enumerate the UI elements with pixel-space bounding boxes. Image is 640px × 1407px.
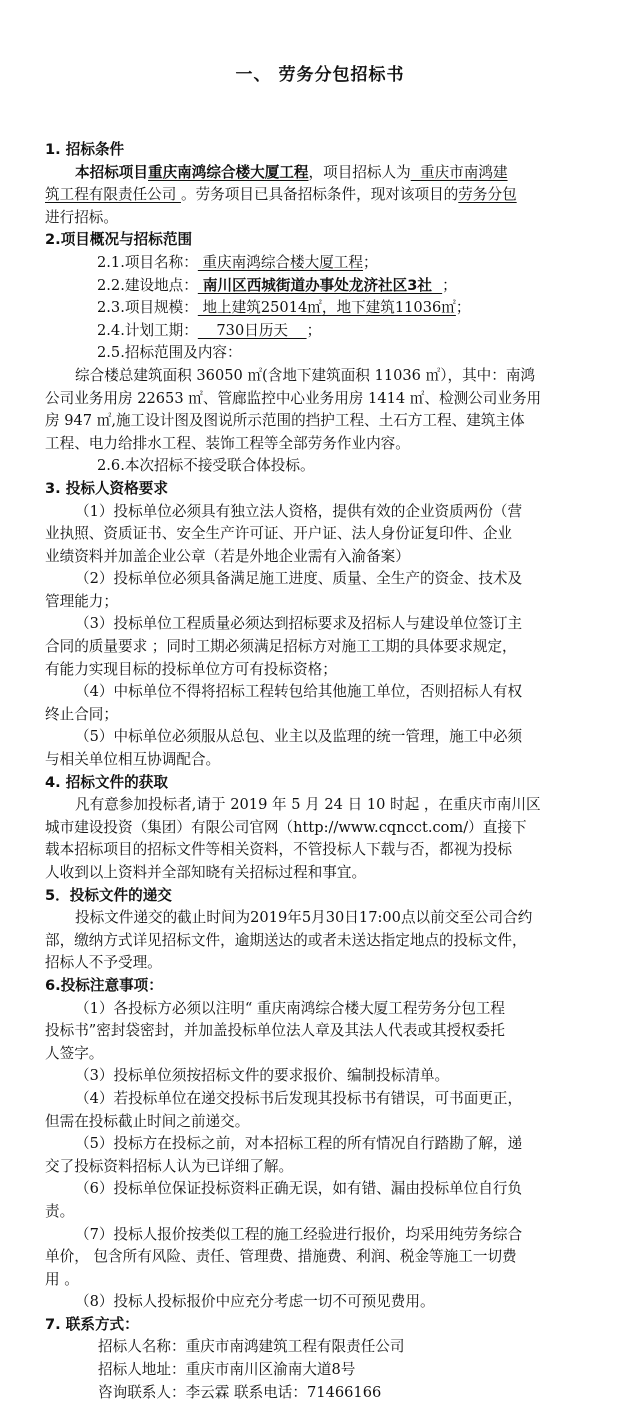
section-6-heading: 6.投标注意事项： (45, 975, 605, 998)
section-5-heading: 5．投标文件的递交 (45, 885, 605, 908)
section-6-line: （3）投标单位须按招标文件的要求报价、编制投标清单。 (45, 1065, 605, 1088)
section-3-line: 业绩资料并加盖企业公章（若是外地企业需有入渝备案） (45, 546, 605, 569)
item-2-3-label: 2.3.项目规模： (97, 299, 198, 316)
section-4-heading: 4. 招标文件的获取 (45, 772, 605, 795)
section-2-heading: 2.项目概况与招标范围 (45, 229, 605, 252)
section-6-line: （8）投标人投标报价中应充分考虑一切不可预见费用。 (45, 1291, 605, 1314)
contact-name: 招标人名称：重庆市南鸿建筑工程有限责任公司 (45, 1336, 605, 1359)
document-body: 1. 招标条件 本招标项目重庆南鸿综合楼大厦工程，项目招标人为 重庆市南鸿建 筑… (45, 139, 605, 1404)
item-2-1-value: 重庆南鸿综合楼大厦工程 (198, 254, 363, 271)
item-2-3-suffix: ； (456, 299, 471, 316)
section-3-line: （5）中标单位必须服从总包、业主以及监理的统一管理，施工中必须 (45, 726, 605, 749)
item-2-1-suffix: ； (363, 254, 378, 271)
section-6-line: 责。 (45, 1201, 605, 1224)
item-2-4-label: 2.4.计划工期： (97, 322, 198, 339)
item-2-2-label: 2.2.建设地点： (97, 277, 198, 294)
contact-person-value: 李云霖 (186, 1384, 230, 1401)
section-3-line: （2）投标单位必须具备满足施工进度、质量、全生产的资金、技术及 (45, 568, 605, 591)
section-6-line: （5）投标方在投标之前，对本招标工程的所有情况自行踏勘了解，递 (45, 1133, 605, 1156)
section-1-line-1: 本招标项目重庆南鸿综合楼大厦工程，项目招标人为 重庆市南鸿建 (45, 162, 605, 185)
scope-line-1: 综合楼总建筑面积 36050 ㎡(含地下建筑面积 11036 ㎡），其中：南鸿 (45, 365, 605, 388)
item-2-1: 2.1.项目名称： 重庆南鸿综合楼大厦工程； (45, 252, 605, 275)
section-3-line: （1）投标单位必须具有独立法人资格，提供有效的企业资质两份（营 (45, 501, 605, 524)
section-6-line: 但需在投标截止时间之前递交。 (45, 1111, 605, 1134)
contact-name-label: 招标人名称： (98, 1338, 186, 1355)
contact-person-label: 咨询联系人： (98, 1384, 186, 1401)
section-3-line: （3）投标单位工程质量必须达到招标要求及招标人与建设单位签订主 (45, 613, 605, 636)
section-1-line-2: 筑工程有限责任公司 。劳务项目已具备招标条件，现对该项目的劳务分包 (45, 184, 605, 207)
section-3-line: 管理能力； (45, 591, 605, 614)
contact-phone-value: 71466166 (307, 1384, 381, 1401)
section-6-line: （6）投标单位保证投标资料正确无误，如有错、漏由投标单位自行负 (45, 1178, 605, 1201)
section-1-heading: 1. 招标条件 (45, 139, 605, 162)
section-6-line: （1）各投标方必须以注明“ 重庆南鸿综合楼大厦工程劳务分包工程 (45, 998, 605, 1021)
section-6-line: 人签字。 (45, 1043, 605, 1066)
section-6-line: 用 。 (45, 1269, 605, 1292)
item-2-3-value-below: ，地下建筑11036㎡ (322, 299, 456, 316)
section-7-heading: 7. 联系方式： (45, 1314, 605, 1337)
section-3-line: 与相关单位相互协调配合。 (45, 749, 605, 772)
contact-address-value: 重庆市南川区渝南大道8号 (186, 1361, 356, 1378)
item-2-6: 2.6.本次招标不接受联合体投标。 (45, 455, 605, 478)
contact-person: 咨询联系人：李云霖 联系电话：71466166 (45, 1382, 605, 1405)
project-name: 重庆南鸿综合楼大厦工程 (148, 164, 309, 181)
intro-prefix: 本招标项目 (75, 164, 148, 181)
section-3-line: 业执照、资质证书、安全生产许可证、开户证、法人身份证复印件、企业 (45, 523, 605, 546)
section-4-line: 载本招标项目的招标文件等相关资料，不管投标人下载与否，都视为投标 (45, 839, 605, 862)
contact-name-value: 重庆市南鸿建筑工程有限责任公司 (186, 1338, 405, 1355)
tender-type: 劳务分包 (458, 186, 516, 203)
item-2-4: 2.4.计划工期： 730日历天 ； (45, 320, 605, 343)
section-4-line: 人收到以上资料并全部知晓有关招标过程和事宜。 (45, 862, 605, 885)
item-2-3-value-above: 地上建筑25014㎡ (198, 299, 322, 316)
contact-address: 招标人地址：重庆市南川区渝南大道8号 (45, 1359, 605, 1382)
item-2-2: 2.2.建设地点： 南川区西城街道办事处龙济社区3社 ； (45, 275, 605, 298)
section-5-line: 招标人不予受理。 (45, 952, 605, 975)
section-3-line: 有能力实现目标的投标单位方可有投标资格； (45, 659, 605, 682)
tenderer-name-part-2: 筑工程有限责任公司 (45, 186, 181, 203)
item-2-2-suffix: ； (442, 277, 457, 294)
section-6-line: 交了投标资料招标人认为已详细了解。 (45, 1156, 605, 1179)
scope-line-3: 房 947 ㎡,施工设计图及图说所示范围的挡护工程、土石方工程、建筑主体 (45, 410, 605, 433)
item-2-3: 2.3.项目规模： 地上建筑25014㎡，地下建筑11036㎡； (45, 297, 605, 320)
tenderer-name-part-1: 重庆市南鸿建 (411, 164, 508, 181)
scope-line-2: 公司业务用房 22653 ㎡、管廊监控中心业务用房 1414 ㎡、检测公司业务用 (45, 388, 605, 411)
section-1-line-3: 进行招标。 (45, 207, 605, 230)
section-3-line: （4）中标单位不得将招标工程转包给其他施工单位，否则招标人有权 (45, 681, 605, 704)
section-6-line: 单价， 包含所有风险、责任、管理费、措施费、利润、税金等施工一切费 (45, 1246, 605, 1269)
scope-line-4: 工程、电力给排水工程、装饰工程等全部劳务作业内容。 (45, 433, 605, 456)
intro-condition: 。劳务项目已具备招标条件，现对该项目的 (181, 186, 458, 203)
item-2-5: 2.5.招标范围及内容： (45, 342, 605, 365)
contact-phone-label: 联系电话： (234, 1384, 307, 1401)
section-3-heading: 3. 投标人资格要求 (45, 478, 605, 501)
section-6-line: （4）若投标单位在递交投标书后发现其投标书有错误，可书面更正， (45, 1088, 605, 1111)
item-2-1-label: 2.1.项目名称： (97, 254, 198, 271)
document-page: 一、 劳务分包招标书 1. 招标条件 本招标项目重庆南鸿综合楼大厦工程，项目招标… (0, 0, 640, 1407)
item-2-2-value: 南川区西城街道办事处龙济社区3社 (198, 277, 442, 294)
section-6-line: （7）投标人报价按类似工程的施工经验进行报价，均采用纯劳务综合 (45, 1224, 605, 1247)
section-3-line: 终止合同； (45, 704, 605, 727)
section-4-line: 凡有意参加投标者,请于 2019 年 5 月 24 日 10 时起 ，在重庆市南… (45, 794, 605, 817)
item-2-4-value: 730日历天 (198, 322, 307, 339)
section-4-line-with-url: 城市建设投资（集团）有限公司官网（http://www.cqncct.com/）… (45, 817, 605, 840)
section-5-line: 投标文件递交的截止时间为2019年5月30日17:00点以前交至公司合约 (45, 907, 605, 930)
item-2-4-suffix: ； (307, 322, 322, 339)
section-3-line: 合同的质量要求 ；同时工期必须满足招标方对施工工期的具体要求规定， (45, 636, 605, 659)
contact-address-label: 招标人地址： (98, 1361, 186, 1378)
section-5-line: 部，缴纳方式详见招标文件，逾期送达的或者未送达指定地点的投标文件， (45, 930, 605, 953)
intro-mid: ，项目招标人为 (309, 164, 411, 181)
section-6-line: 投标书”密封袋密封，并加盖投标单位法人章及其法人代表或其授权委托 (45, 1020, 605, 1043)
document-title: 一、 劳务分包招标书 (0, 60, 640, 85)
